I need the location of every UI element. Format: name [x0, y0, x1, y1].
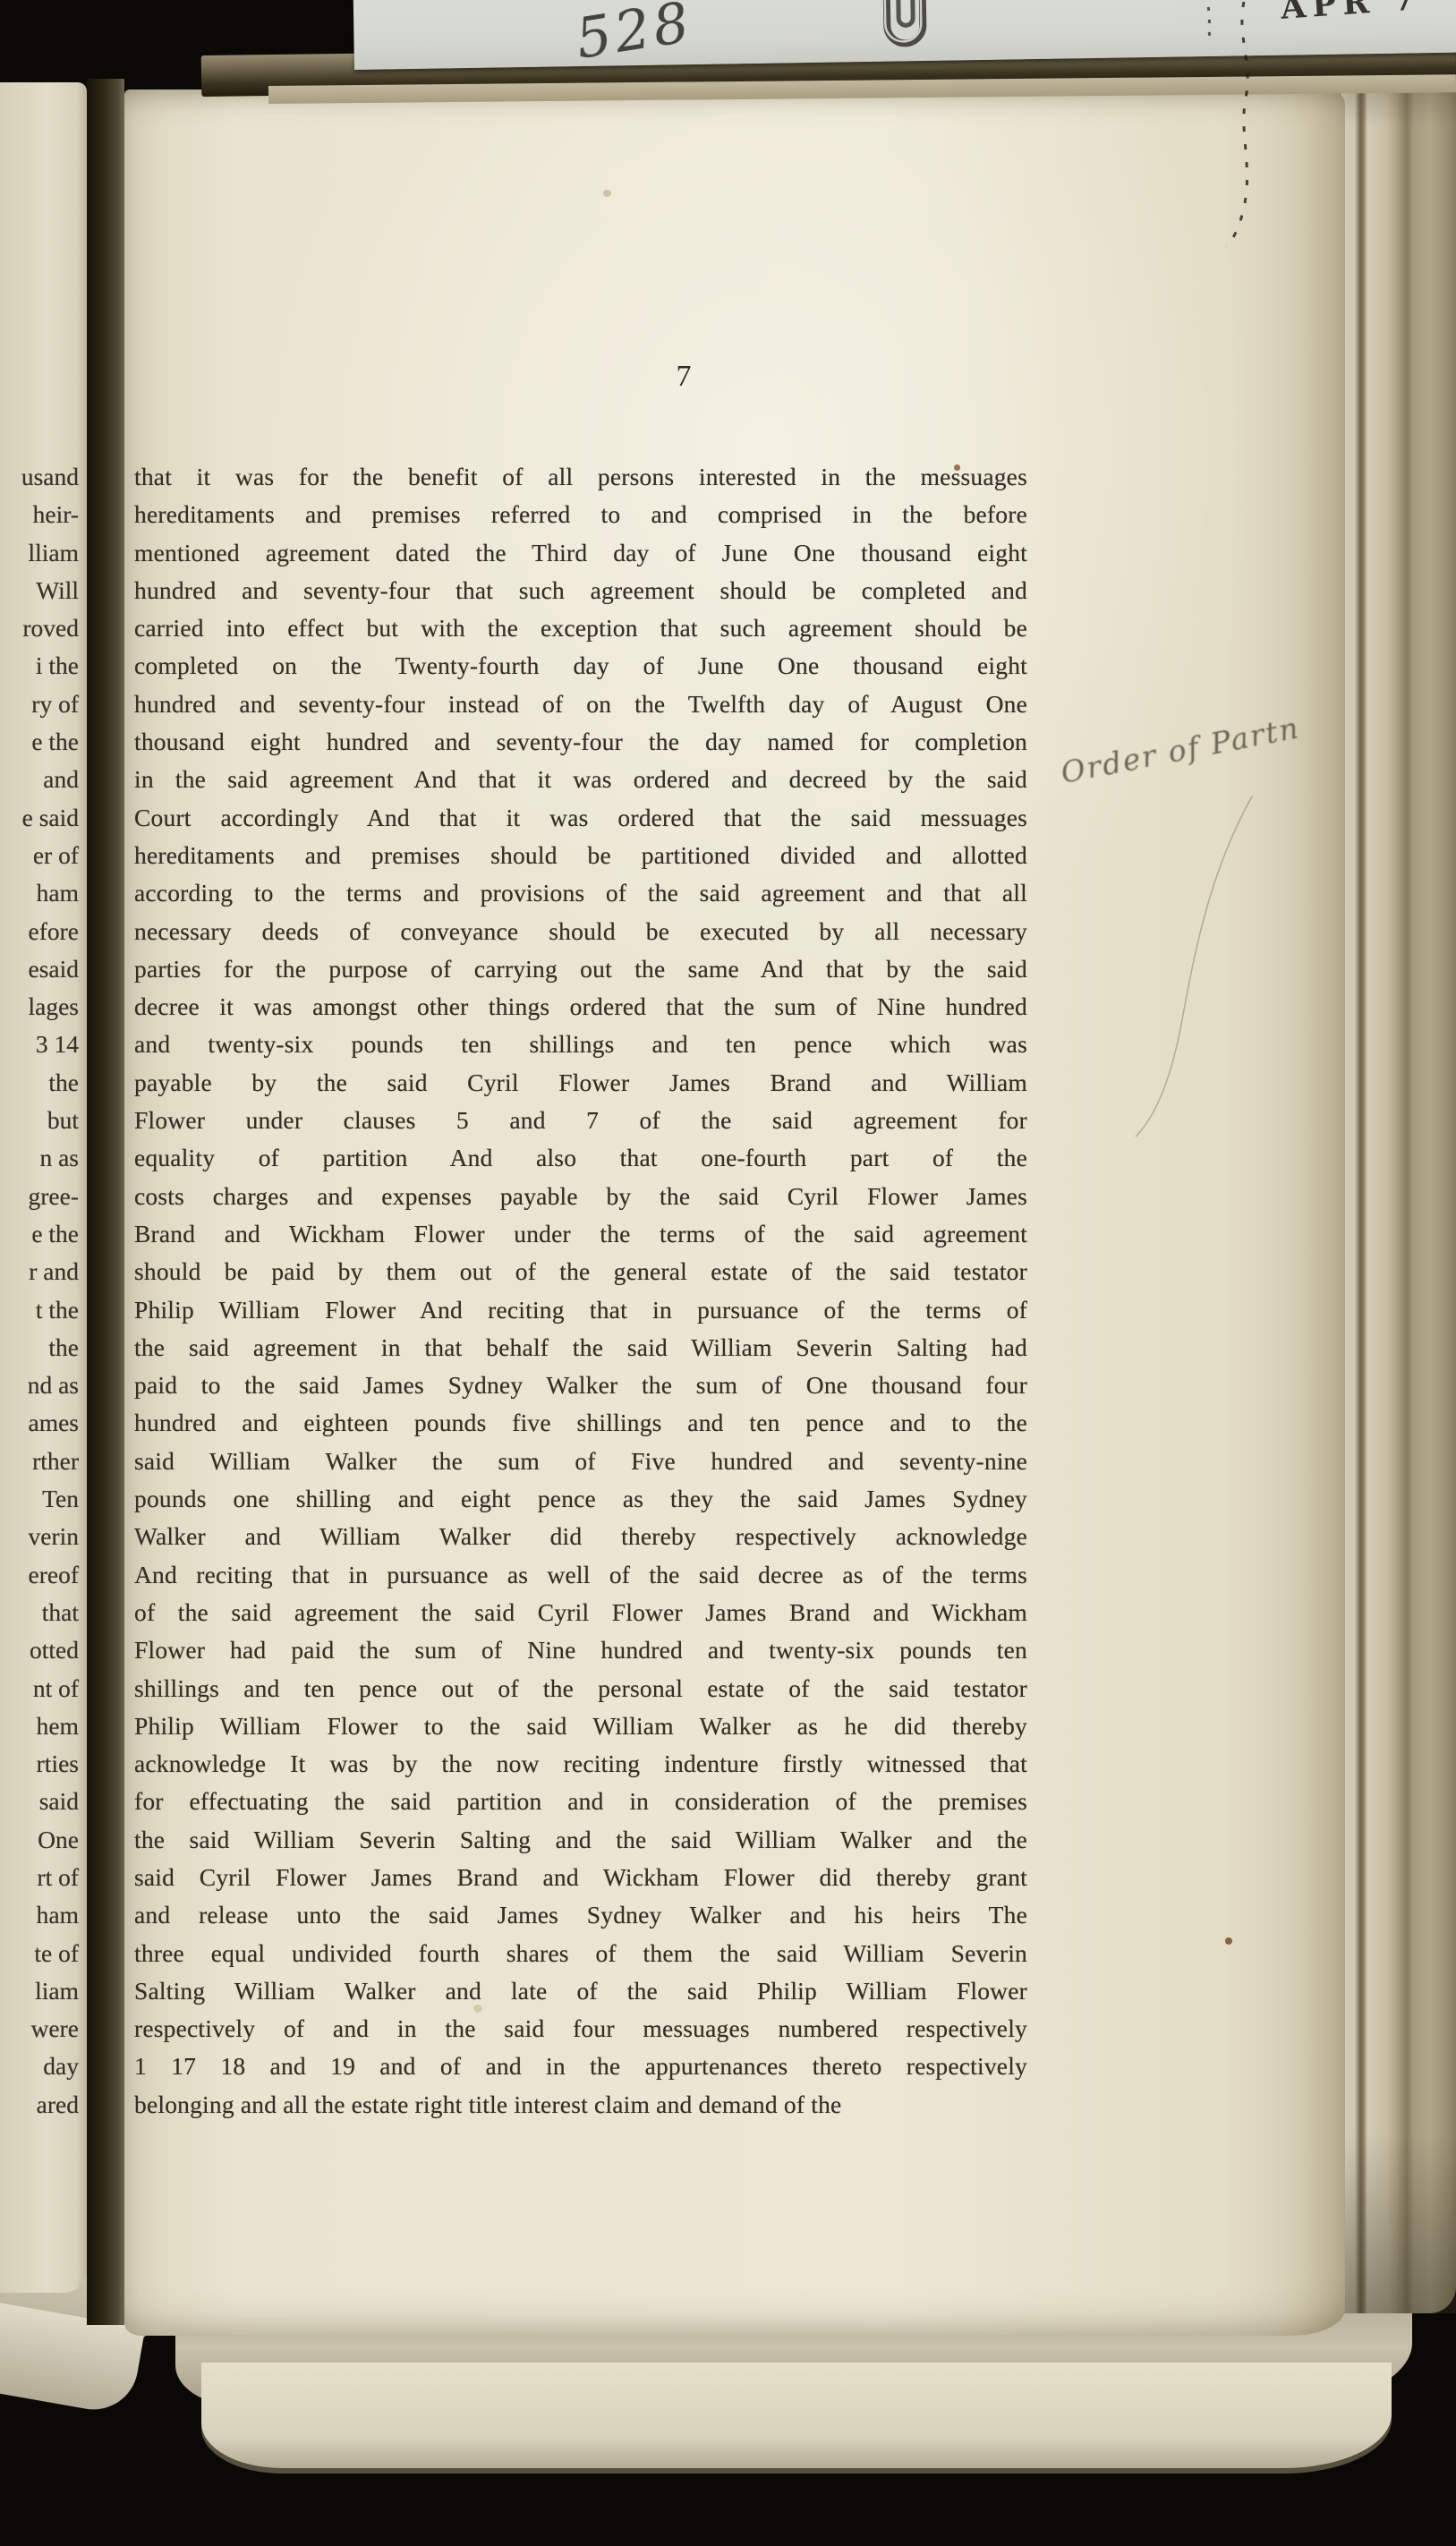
date-stamp: APR 7: [1280, 0, 1423, 27]
book-scan: usandheir-lliamWillrovedi thery ofe thea…: [0, 0, 1456, 2546]
text-line: Salting William Walker and late of the s…: [134, 1972, 1027, 2010]
text-line: three equal undivided fourth shares of t…: [134, 1935, 1027, 1972]
margin-fragment: lliam: [0, 534, 79, 572]
margin-fragment: that: [0, 1594, 79, 1631]
text-line: paid to the said James Sydney Walker the…: [134, 1367, 1027, 1404]
margin-fragment: e the: [0, 723, 79, 761]
text-line: necessary deeds of conveyance should be …: [134, 913, 1027, 950]
text-line: in the said agreement And that it was or…: [134, 761, 1027, 798]
text-line: costs charges and expenses payable by th…: [134, 1178, 1027, 1215]
margin-fragment: Ten: [0, 1480, 79, 1518]
margin-fragment: ham: [0, 1896, 79, 1934]
text-line: according to the terms and provisions of…: [134, 874, 1027, 912]
text-line: Flower under clauses 5 and 7 of the said…: [134, 1102, 1027, 1139]
margin-fragment: 3 14: [0, 1026, 79, 1063]
page-text: that it was for the benefit of all perso…: [134, 458, 1027, 2124]
margin-fragment: i the: [0, 647, 79, 685]
text-line: completed on the Twenty-fourth day of Ju…: [134, 647, 1027, 685]
text-line: the said William Severin Salting and the…: [134, 1821, 1027, 1859]
text-line: for effectuating the said partition and …: [134, 1783, 1027, 1820]
text-line: And reciting that in pursuance as well o…: [134, 1556, 1027, 1594]
margin-fragment: lages: [0, 988, 79, 1026]
margin-fragment: ry of: [0, 685, 79, 723]
margin-fragment: n as: [0, 1139, 79, 1177]
gutter-shadow: [87, 79, 124, 2325]
margin-fragment: were: [0, 2010, 79, 2048]
text-line: parties for the purpose of carrying out …: [134, 950, 1027, 988]
margin-fragment: hem: [0, 1707, 79, 1745]
facing-page-text-fragments: usandheir-lliamWillrovedi thery ofe thea…: [0, 458, 79, 2124]
page-number: 7: [648, 360, 719, 394]
margin-fragment: nt of: [0, 1670, 79, 1707]
text-line: the said agreement in that behalf the sa…: [134, 1329, 1027, 1367]
ink-speck: [1225, 1937, 1232, 1945]
text-line: hundred and eighteen pounds five shillin…: [134, 1404, 1027, 1442]
text-line: belonging and all the estate right title…: [134, 2086, 1027, 2124]
text-line: should be paid by them out of the genera…: [134, 1253, 1027, 1290]
margin-fragment: usand: [0, 458, 79, 496]
margin-fragment: ared: [0, 2086, 79, 2124]
margin-fragment: rt of: [0, 1859, 79, 1896]
margin-fragment: ames: [0, 1404, 79, 1442]
text-line: and release unto the said James Sydney W…: [134, 1896, 1027, 1934]
text-line: acknowledge It was by the now reciting i…: [134, 1745, 1027, 1783]
margin-fragment: rther: [0, 1443, 79, 1480]
margin-fragment: er of: [0, 837, 79, 874]
margin-fragment: Will: [0, 572, 79, 609]
text-line: hereditaments and premises referred to a…: [134, 496, 1027, 533]
text-line: thousand eight hundred and seventy-four …: [134, 723, 1027, 761]
margin-fragment: nd as: [0, 1367, 79, 1404]
text-line: carried into effect but with the excepti…: [134, 609, 1027, 647]
text-line: Flower had paid the sum of Nine hundred …: [134, 1631, 1027, 1669]
fore-edge-bands: [1341, 72, 1456, 2313]
margin-fragment: e the: [0, 1215, 79, 1253]
margin-fragment: the: [0, 1064, 79, 1102]
paperclip-icon: [870, 0, 943, 64]
bottom-page-edges-lower: [201, 2363, 1392, 2468]
text-line: decree it was amongst other things order…: [134, 988, 1027, 1026]
pencil-stroke: [1073, 770, 1270, 1145]
text-line: that it was for the benefit of all perso…: [134, 458, 1027, 496]
text-line: Philip William Flower to the said Willia…: [134, 1707, 1027, 1745]
text-line: shillings and ten pence out of the perso…: [134, 1670, 1027, 1707]
page: 7 that it was for the benefit of all per…: [124, 89, 1345, 2336]
margin-fragment: roved: [0, 609, 79, 647]
ink-speck: [954, 464, 960, 471]
text-line: respectively of and in the said four mes…: [134, 2010, 1027, 2048]
margin-fragment: ereof: [0, 1556, 79, 1594]
margin-fragment: ham: [0, 874, 79, 912]
text-line: mentioned agreement dated the Third day …: [134, 534, 1027, 572]
margin-fragment: but: [0, 1102, 79, 1139]
text-line: hundred and seventy-four that such agree…: [134, 572, 1027, 609]
margin-fragment: esaid: [0, 950, 79, 988]
margin-fragment: heir-: [0, 496, 79, 533]
margin-fragment: t the: [0, 1291, 79, 1329]
handwritten-number: 528: [571, 0, 696, 72]
margin-fragment: rties: [0, 1745, 79, 1783]
text-line: said William Walker the sum of Five hund…: [134, 1443, 1027, 1480]
facing-page-edge: usandheir-lliamWillrovedi thery ofe thea…: [0, 82, 87, 2293]
text-line: equality of partition And also that one-…: [134, 1139, 1027, 1177]
text-line: pounds one shilling and eight pence as t…: [134, 1480, 1027, 1518]
margin-fragment: e said: [0, 799, 79, 837]
text-line: Brand and Wickham Flower under the terms…: [134, 1215, 1027, 1253]
margin-fragment: verin: [0, 1518, 79, 1555]
margin-fragment: gree-: [0, 1178, 79, 1215]
stain: [473, 2005, 482, 2013]
text-line: of the said agreement the said Cyril Flo…: [134, 1594, 1027, 1631]
margin-fragment: and: [0, 761, 79, 798]
margin-fragment: One: [0, 1821, 79, 1859]
margin-fragment: the: [0, 1329, 79, 1367]
margin-fragment: said: [0, 1783, 79, 1820]
text-line: and twenty-six pounds ten shillings and …: [134, 1026, 1027, 1063]
margin-fragment: liam: [0, 1972, 79, 2010]
text-line: Court accordingly And that it was ordere…: [134, 799, 1027, 837]
text-line: said Cyril Flower James Brand and Wickha…: [134, 1859, 1027, 1896]
text-line: Walker and William Walker did thereby re…: [134, 1518, 1027, 1555]
margin-fragment: r and: [0, 1253, 79, 1290]
stain: [603, 190, 611, 197]
margin-fragment: te of: [0, 1935, 79, 1972]
text-line: payable by the said Cyril Flower James B…: [134, 1064, 1027, 1102]
text-line: hereditaments and premises should be par…: [134, 837, 1027, 874]
pen-flourish-icon: [1190, 0, 1298, 251]
text-line: Philip William Flower And reciting that …: [134, 1291, 1027, 1329]
margin-fragment: day: [0, 2048, 79, 2085]
margin-fragment: efore: [0, 913, 79, 950]
text-line: hundred and seventy-four instead of on t…: [134, 685, 1027, 723]
margin-fragment: otted: [0, 1631, 79, 1669]
text-line: 1 17 18 and 19 and of and in the appurte…: [134, 2048, 1027, 2085]
